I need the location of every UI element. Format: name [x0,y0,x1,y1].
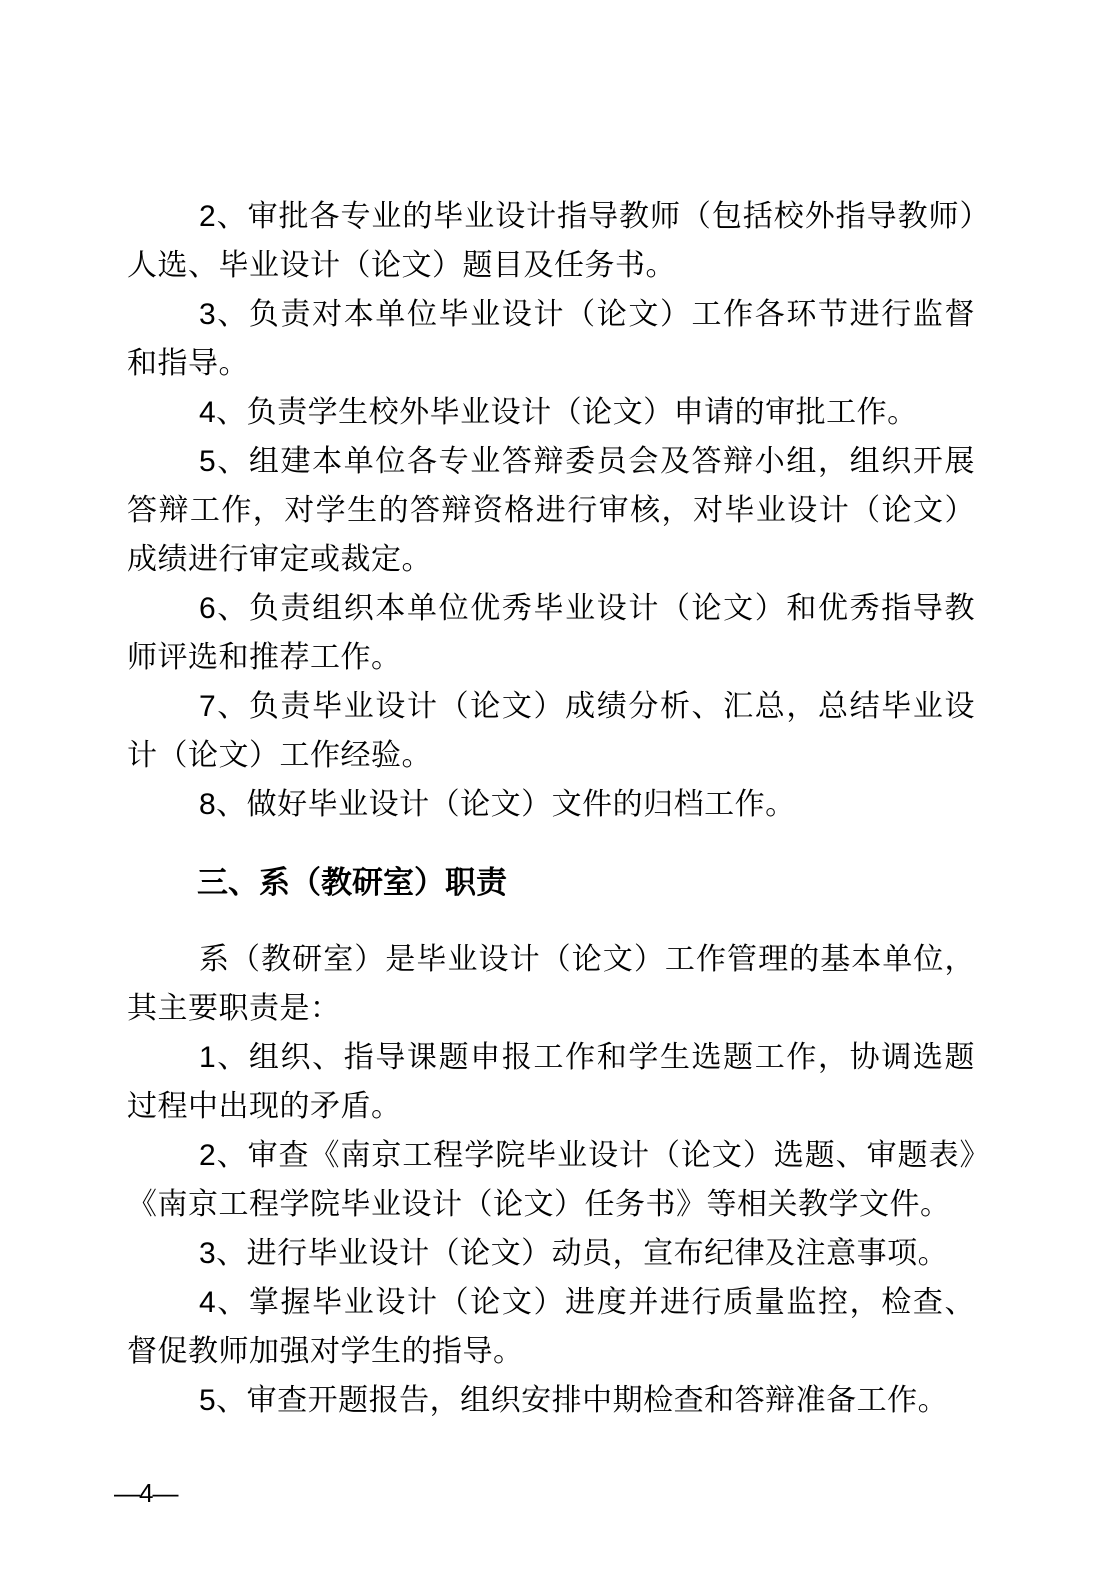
body-paragraph: 系（教研室）是毕业设计（论文）工作管理的基本单位，其主要职责是： [127,935,975,1033]
body-paragraph: 8、做好毕业设计（论文）文件的归档工作。 [127,780,975,829]
body-paragraph: 2、审批各专业的毕业设计指导教师（包括校外指导教师）人选、毕业设计（论文）题目及… [127,192,975,290]
body-paragraph: 5、审查开题报告，组织安排中期检查和答辩准备工作。 [127,1376,975,1425]
body-paragraph: 4、掌握毕业设计（论文）进度并进行质量监控，检查、督促教师加强对学生的指导。 [127,1278,975,1376]
body-paragraph: 2、审查《南京工程学院毕业设计（论文）选题、审题表》《南京工程学院毕业设计（论文… [127,1131,975,1229]
document-page: 2、审批各专业的毕业设计指导教师（包括校外指导教师）人选、毕业设计（论文）题目及… [0,0,1114,1585]
body-paragraph: 3、进行毕业设计（论文）动员，宣布纪律及注意事项。 [127,1229,975,1278]
section-heading: 三、系（教研室）职责 [127,858,975,907]
body-paragraph: 7、负责毕业设计（论文）成绩分析、汇总，总结毕业设计（论文）工作经验。 [127,682,975,780]
body-paragraph: 4、负责学生校外毕业设计（论文）申请的审批工作。 [127,388,975,437]
body-paragraph: 5、组建本单位各专业答辩委员会及答辩小组，组织开展答辩工作，对学生的答辩资格进行… [127,437,975,584]
body-paragraph: 3、负责对本单位毕业设计（论文）工作各环节进行监督和指导。 [127,290,975,388]
page-number: —4— [114,1477,177,1509]
body-paragraph: 6、负责组织本单位优秀毕业设计（论文）和优秀指导教师评选和推荐工作。 [127,584,975,682]
body-paragraph: 1、组织、指导课题申报工作和学生选题工作，协调选题过程中出现的矛盾。 [127,1033,975,1131]
document-body: 2、审批各专业的毕业设计指导教师（包括校外指导教师）人选、毕业设计（论文）题目及… [127,192,975,1425]
